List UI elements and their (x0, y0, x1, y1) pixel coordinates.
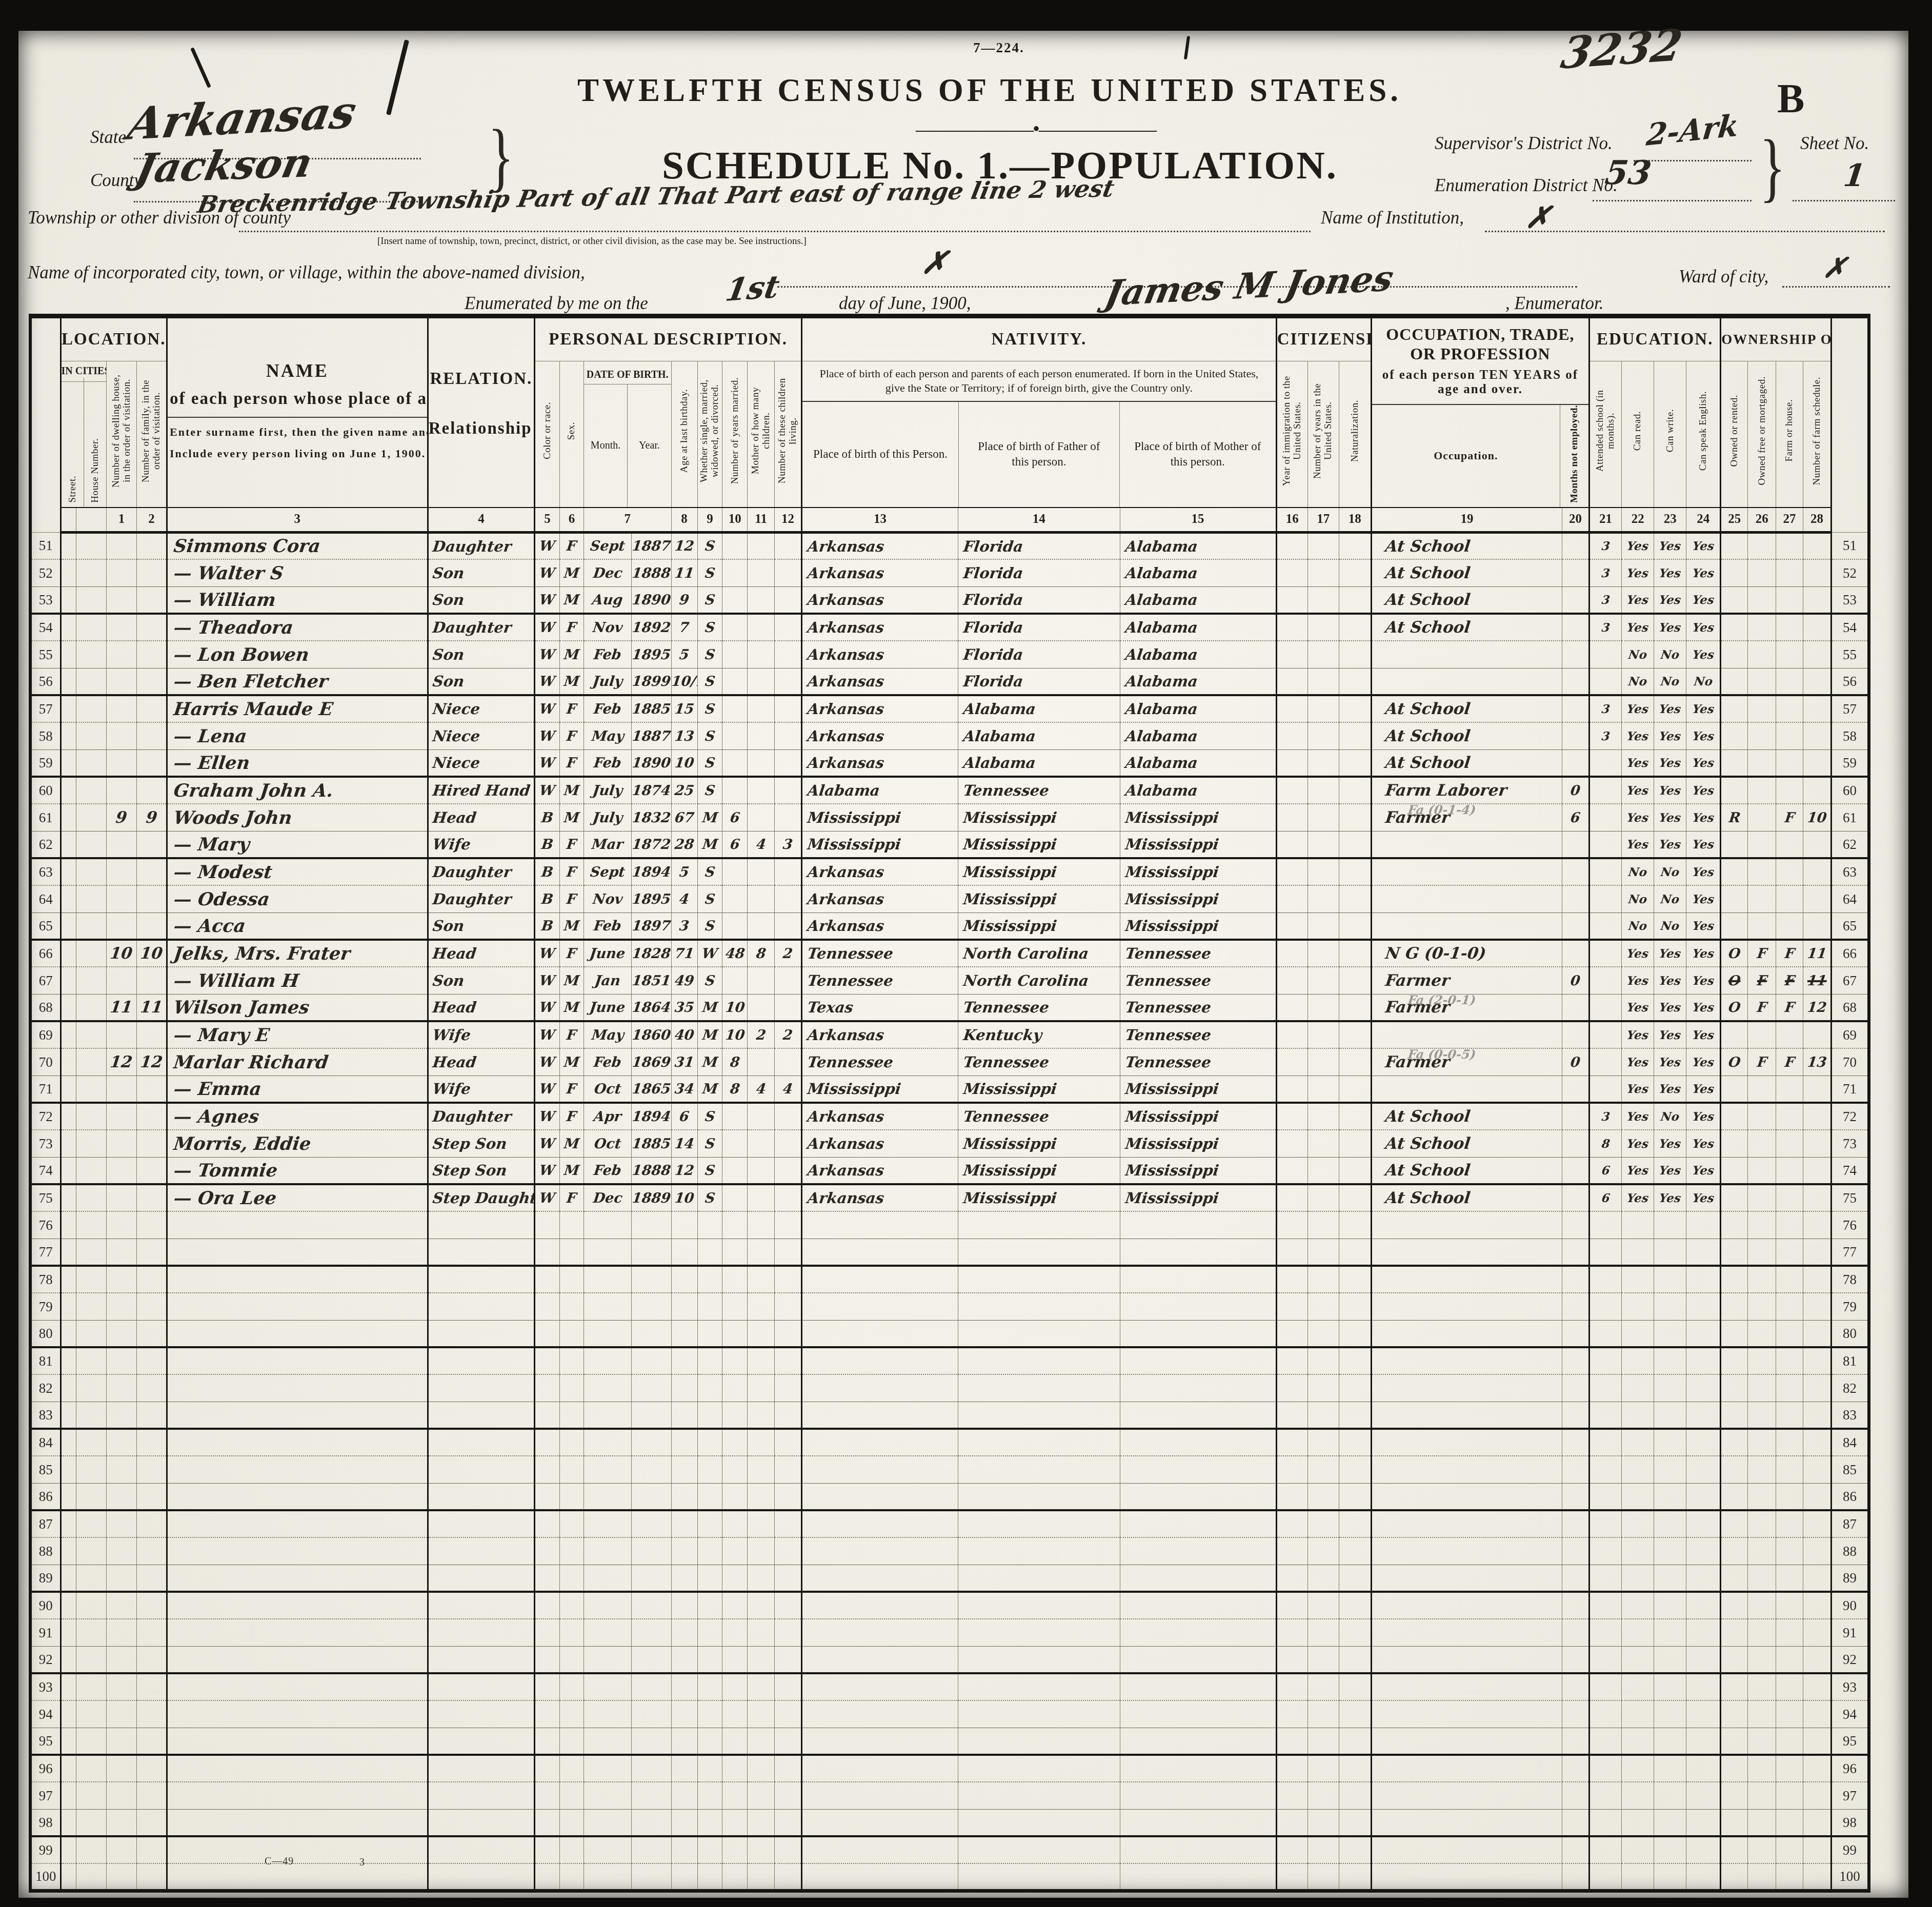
cell-immigration-year (1276, 994, 1307, 1021)
cell-dwelling-number (107, 586, 137, 614)
cell-street (61, 777, 76, 804)
cell-street (61, 586, 76, 614)
census-row: 100100 (30, 1863, 1869, 1891)
col-can-read: Can read. (1632, 411, 1643, 451)
row-number-left: 89 (30, 1565, 61, 1592)
cell-relation (428, 1483, 535, 1510)
group-ownership: OWNERSHIP OF HOME. (1721, 316, 1832, 361)
cell-birth-month (583, 1565, 632, 1592)
cell-can-write (1654, 1483, 1686, 1510)
cell-sex: F (560, 1184, 584, 1211)
cell-owned-or-rented (1721, 1374, 1748, 1402)
cell-months-not-employed (1562, 1537, 1589, 1565)
cell-birthplace-father: Tennessee (958, 1103, 1120, 1130)
cell-naturalization (1339, 532, 1371, 559)
cell-farm-or-house (1776, 1619, 1803, 1646)
cell-can-read (1622, 1320, 1654, 1347)
cell-can-speak-english: Yes (1686, 967, 1721, 994)
cell-street (61, 668, 76, 695)
row-number-right: 61 (1832, 804, 1869, 831)
cell-birth-year: 1887 (632, 722, 671, 749)
cell-birth-month: Feb (583, 1157, 632, 1184)
cell-mother-of-children (748, 912, 775, 940)
cell-owned-free-mortgaged (1748, 1809, 1776, 1836)
cell-can-read (1622, 1863, 1654, 1891)
cell-can-write: Yes (1654, 804, 1686, 831)
cell-months-not-employed (1562, 1157, 1589, 1184)
cell-farm-or-house (1776, 1293, 1803, 1320)
cell-owned-or-rented (1721, 1320, 1748, 1347)
cell-years-married (722, 1565, 748, 1592)
cell-mother-of-children (748, 1429, 775, 1456)
cell-street (61, 804, 76, 831)
cell-family-number (137, 1374, 167, 1402)
cell-birthplace-mother (1120, 1700, 1276, 1728)
cell-birth-year (632, 1239, 671, 1266)
cell-can-read: Yes (1622, 532, 1654, 559)
cell-children-living (775, 1456, 802, 1483)
cell-house-number (76, 586, 107, 614)
cell-birthplace-father (958, 1755, 1120, 1782)
cell-owned-or-rented (1721, 1863, 1748, 1891)
cell-birth-year: 1869 (632, 1048, 671, 1076)
cell-mother-of-children (748, 1755, 775, 1782)
cell-farm-schedule (1803, 722, 1832, 749)
cell-street (61, 1048, 76, 1076)
cell-owned-free-mortgaged (1748, 1456, 1776, 1483)
cell-farm-or-house (1776, 885, 1803, 912)
row-number-right: 73 (1832, 1130, 1869, 1157)
cell-immigration-year (1276, 1021, 1307, 1048)
group-location: LOCATION. (61, 316, 167, 361)
cell-immigration-year (1276, 1728, 1307, 1755)
cell-farm-or-house (1776, 1456, 1803, 1483)
column-number: 5 (535, 508, 560, 533)
cell-can-read (1622, 1565, 1654, 1592)
census-row: 8181 (30, 1347, 1869, 1374)
cell-street (61, 1157, 76, 1184)
cell-street (61, 831, 76, 858)
cell-owned-or-rented (1721, 1211, 1748, 1239)
cell-can-write: Yes (1654, 1157, 1686, 1184)
cell-sex (560, 1646, 584, 1673)
cell-years-married (722, 1755, 748, 1782)
cell-age: 49 (671, 967, 697, 994)
cell-children-living: 2 (775, 940, 802, 967)
census-row: 9999 (30, 1836, 1869, 1863)
row-number-left: 84 (30, 1429, 61, 1456)
row-number-left: 75 (30, 1184, 61, 1211)
cell-farm-schedule (1803, 1402, 1832, 1429)
cell-house-number (76, 1673, 107, 1700)
cell-years-married (722, 1510, 748, 1537)
cell-can-speak-english: Yes (1686, 1021, 1721, 1048)
cell-birth-month: Apr (583, 1103, 632, 1130)
column-number: 7 (583, 508, 671, 533)
cell-dwelling-number: 11 (107, 994, 137, 1021)
cell-owned-free-mortgaged (1748, 1483, 1776, 1510)
cell-sex: F (560, 1076, 584, 1103)
cell-farm-schedule (1803, 831, 1832, 858)
cell-immigration-year (1276, 614, 1307, 641)
cell-months-not-employed (1562, 614, 1589, 641)
cell-mother-of-children (748, 1537, 775, 1565)
cell-owned-free-mortgaged (1748, 1782, 1776, 1809)
cell-mother-of-children (748, 1809, 775, 1836)
cell-family-number (137, 1320, 167, 1347)
cell-can-write: Yes (1654, 1184, 1686, 1211)
cell-street (61, 1347, 76, 1374)
cell-months-not-employed (1562, 1782, 1589, 1809)
cell-children-living (775, 1157, 802, 1184)
cell-birth-month: May (583, 722, 632, 749)
cell-farm-or-house (1776, 722, 1803, 749)
cell-children-living (775, 885, 802, 912)
cell-name: Harris Maude E (167, 695, 428, 722)
cell-owned-free-mortgaged (1748, 1429, 1776, 1456)
cell-farm-schedule (1803, 858, 1832, 885)
cell-can-write (1654, 1320, 1686, 1347)
cell-family-number (137, 1266, 167, 1293)
cell-street (61, 858, 76, 885)
cell-marital-status (697, 1537, 722, 1565)
cell-name (167, 1320, 428, 1347)
cell-immigration-year (1276, 1184, 1307, 1211)
cell-farm-schedule (1803, 1863, 1832, 1891)
cell-marital-status: S (697, 614, 722, 641)
cell-children-living (775, 586, 802, 614)
cell-attended-school (1589, 1510, 1622, 1537)
cell-sex (560, 1809, 584, 1836)
cell-birth-month (583, 1646, 632, 1673)
cell-naturalization (1339, 1293, 1371, 1320)
cell-name: — Agnes (167, 1103, 428, 1130)
cell-birth-month: Nov (583, 614, 632, 641)
nativity-subheader: Place of birth of each person and parent… (802, 361, 1277, 508)
cell-birthplace-person (802, 1809, 958, 1836)
cell-age: 10/12 (671, 668, 697, 695)
row-number-right: 66 (1832, 940, 1869, 967)
cell-marital-status (697, 1863, 722, 1891)
cell-occupation (1371, 1347, 1562, 1374)
cell-children-living (775, 967, 802, 994)
cell-sex: M (560, 804, 584, 831)
row-number-right: 71 (1832, 1076, 1869, 1103)
cell-owned-or-rented: O (1721, 940, 1748, 967)
cell-color-race (535, 1863, 560, 1891)
cell-farm-schedule (1803, 1211, 1832, 1239)
cell-mother-of-children (748, 1728, 775, 1755)
cell-farm-or-house (1776, 695, 1803, 722)
cell-years-married (722, 641, 748, 668)
cell-street (61, 1592, 76, 1619)
cell-color-race: W (535, 994, 560, 1021)
cell-dwelling-number (107, 1728, 137, 1755)
cell-months-not-employed (1562, 1103, 1589, 1130)
cell-street (61, 1076, 76, 1103)
cell-sex: M (560, 1048, 584, 1076)
cell-street (61, 1429, 76, 1456)
cell-marital-status (697, 1483, 722, 1510)
cell-dwelling-number (107, 1619, 137, 1646)
cell-birthplace-person (802, 1728, 958, 1755)
cell-name (167, 1700, 428, 1728)
cell-house-number (76, 858, 107, 885)
row-number-left: 86 (30, 1483, 61, 1510)
cell-marital-status (697, 1565, 722, 1592)
cell-immigration-year (1276, 586, 1307, 614)
cell-farm-or-house (1776, 749, 1803, 777)
ward-underline (1782, 286, 1890, 288)
cell-years-in-us (1307, 586, 1339, 614)
cell-sex (560, 1537, 584, 1565)
cell-color-race (535, 1429, 560, 1456)
cell-birthplace-person (802, 1402, 958, 1429)
cell-months-not-employed (1562, 912, 1589, 940)
cell-name: Wilson James (167, 994, 428, 1021)
cell-family-number (137, 1402, 167, 1429)
cell-years-in-us (1307, 1402, 1339, 1429)
row-number-right: 62 (1832, 831, 1869, 858)
cell-immigration-year (1276, 1347, 1307, 1374)
cell-birthplace-father: North Carolina (958, 967, 1120, 994)
cell-owned-free-mortgaged (1748, 1863, 1776, 1891)
cell-can-read (1622, 1836, 1654, 1863)
cell-marital-status: M (697, 804, 722, 831)
cell-attended-school (1589, 1836, 1622, 1863)
cell-attended-school (1589, 1728, 1622, 1755)
cell-years-married (722, 1157, 748, 1184)
col-farm-or-house: Farm or house. (1784, 399, 1795, 462)
cell-months-not-employed (1562, 940, 1589, 967)
census-row: 8080 (30, 1320, 1869, 1347)
cell-age: 7 (671, 614, 697, 641)
cell-can-speak-english (1686, 1782, 1721, 1809)
cell-name: — Odessa (167, 885, 428, 912)
cell-months-not-employed (1562, 1184, 1589, 1211)
cell-birthplace-mother: Alabama (1120, 532, 1276, 559)
cell-children-living (775, 804, 802, 831)
cell-street (61, 885, 76, 912)
cell-years-married (722, 1347, 748, 1374)
cell-sex: F (560, 722, 584, 749)
cell-birthplace-mother: Alabama (1120, 695, 1276, 722)
cell-farm-or-house (1776, 1103, 1803, 1130)
cell-can-speak-english (1686, 1673, 1721, 1700)
cell-birth-month: Sept (583, 532, 632, 559)
cell-house-number (76, 1728, 107, 1755)
cell-farm-or-house (1776, 1809, 1803, 1836)
cell-family-number (137, 1863, 167, 1891)
cell-years-married (722, 1266, 748, 1293)
cell-owned-or-rented: R (1721, 804, 1748, 831)
row-number-right: 100 (1832, 1863, 1869, 1891)
cell-relation: Niece (428, 749, 535, 777)
cell-dwelling-number (107, 1429, 137, 1456)
row-number-left: 98 (30, 1809, 61, 1836)
cell-birth-year (632, 1863, 671, 1891)
row-number-right: 78 (1832, 1266, 1869, 1293)
cell-dwelling-number (107, 1836, 137, 1863)
cell-owned-or-rented (1721, 1728, 1748, 1755)
row-number-right: 65 (1832, 912, 1869, 940)
cell-immigration-year (1276, 1619, 1307, 1646)
cell-birthplace-mother: Alabama (1120, 559, 1276, 586)
cell-family-number (137, 1755, 167, 1782)
row-number-right: 80 (1832, 1320, 1869, 1347)
district-brace: } (1760, 123, 1785, 211)
cell-can-write: Yes (1654, 940, 1686, 967)
cell-birthplace-person: Mississippi (802, 1076, 958, 1103)
cell-birth-year (632, 1320, 671, 1347)
cell-marital-status (697, 1782, 722, 1809)
cell-can-read (1622, 1483, 1654, 1510)
cell-years-in-us (1307, 1755, 1339, 1782)
in-cities-header: IN CITIES. Street. House Number. (61, 361, 107, 508)
cell-mother-of-children: 4 (748, 831, 775, 858)
cell-birthplace-person (802, 1483, 958, 1510)
cell-attended-school (1589, 1429, 1622, 1456)
cell-farm-or-house (1776, 1700, 1803, 1728)
cell-years-in-us (1307, 994, 1339, 1021)
cell-street (61, 532, 76, 559)
cell-name (167, 1483, 428, 1510)
cell-age (671, 1673, 697, 1700)
cell-birthplace-mother: Mississippi (1120, 804, 1276, 831)
cell-naturalization (1339, 1755, 1371, 1782)
cell-owned-or-rented (1721, 695, 1748, 722)
census-row: 8484 (30, 1429, 1869, 1456)
cell-birth-month (583, 1429, 632, 1456)
cell-can-speak-english: Yes (1686, 1157, 1721, 1184)
cell-can-read (1622, 1456, 1654, 1483)
row-number-left: 58 (30, 722, 61, 749)
cell-owned-free-mortgaged (1748, 858, 1776, 885)
cell-can-read: Yes (1622, 1021, 1654, 1048)
township-value: Breckenridge Township Part of all That P… (195, 174, 1117, 218)
cell-birth-year (632, 1836, 671, 1863)
cell-mother-of-children: 2 (748, 1021, 775, 1048)
cell-relation: Step Son (428, 1130, 535, 1157)
cell-farm-or-house (1776, 1076, 1803, 1103)
col-can-write: Can write. (1665, 409, 1676, 452)
cell-family-number (137, 1293, 167, 1320)
cell-mother-of-children (748, 1456, 775, 1483)
cell-sex (560, 1863, 584, 1891)
row-number-right: 67 (1832, 967, 1869, 994)
cell-mother-of-children (748, 722, 775, 749)
cell-can-read: Yes (1622, 1048, 1654, 1076)
cell-house-number (76, 1021, 107, 1048)
cell-years-in-us (1307, 1048, 1339, 1076)
cell-relation (428, 1700, 535, 1728)
cell-can-read: Yes (1622, 831, 1654, 858)
cell-family-number (137, 1184, 167, 1211)
cell-sex (560, 1836, 584, 1863)
cell-marital-status (697, 1510, 722, 1537)
cell-children-living (775, 1755, 802, 1782)
cell-occupation (1371, 1646, 1562, 1673)
cell-family-number (137, 1809, 167, 1836)
cell-house-number (76, 1755, 107, 1782)
row-number-left: 100 (30, 1863, 61, 1891)
cell-attended-school (1589, 1619, 1622, 1646)
cell-age: 9 (671, 586, 697, 614)
col-sex: Sex. (566, 422, 577, 440)
cell-years-in-us (1307, 1239, 1339, 1266)
cell-years-married: 8 (722, 1076, 748, 1103)
cell-marital-status: S (697, 722, 722, 749)
cell-owned-or-rented (1721, 1483, 1748, 1510)
cell-occupation (1371, 831, 1562, 858)
cell-can-read: Yes (1622, 614, 1654, 641)
cell-months-not-employed (1562, 1130, 1589, 1157)
group-education: EDUCATION. (1589, 316, 1721, 361)
cell-family-number (137, 1836, 167, 1863)
census-row: 8585 (30, 1456, 1869, 1483)
cell-immigration-year (1276, 559, 1307, 586)
cell-occupation (1371, 1863, 1562, 1891)
cell-house-number (76, 1619, 107, 1646)
cell-attended-school (1589, 1374, 1622, 1402)
cell-years-in-us (1307, 1510, 1339, 1537)
cell-can-write: Yes (1654, 1076, 1686, 1103)
cell-can-write (1654, 1374, 1686, 1402)
row-number-left: 93 (30, 1673, 61, 1700)
cell-color-race: W (535, 722, 560, 749)
cell-owned-or-rented (1721, 1809, 1748, 1836)
cell-children-living (775, 1293, 802, 1320)
cell-birthplace-father (958, 1700, 1120, 1728)
cell-marital-status: M (697, 1048, 722, 1076)
cell-birthplace-father (958, 1347, 1120, 1374)
cell-color-race: W (535, 940, 560, 967)
cell-color-race: W (535, 1103, 560, 1130)
cell-years-married (722, 1809, 748, 1836)
cell-can-write (1654, 1809, 1686, 1836)
cell-can-speak-english: Yes (1686, 559, 1721, 586)
census-row: 67— William HSonWMJan185149STennesseeNor… (30, 967, 1869, 994)
cell-months-not-employed (1562, 532, 1589, 559)
cell-farm-schedule (1803, 1782, 1832, 1809)
cell-street (61, 1211, 76, 1239)
cell-family-number (137, 885, 167, 912)
cell-age: 67 (671, 804, 697, 831)
cell-can-write: No (1654, 668, 1686, 695)
cell-birth-month (583, 1320, 632, 1347)
cell-name (167, 1673, 428, 1700)
cell-house-number (76, 695, 107, 722)
cell-years-in-us (1307, 749, 1339, 777)
cell-street (61, 1374, 76, 1402)
cell-owned-free-mortgaged (1748, 1673, 1776, 1700)
cell-owned-or-rented (1721, 1782, 1748, 1809)
cell-attended-school (1589, 1700, 1622, 1728)
cell-farm-or-house (1776, 668, 1803, 695)
cell-sex: M (560, 912, 584, 940)
cell-name (167, 1456, 428, 1483)
cell-birth-year: 1895 (632, 885, 671, 912)
cell-color-race: B (535, 885, 560, 912)
cell-can-write (1654, 1728, 1686, 1755)
cell-naturalization (1339, 804, 1371, 831)
cell-occupation: At School (1371, 722, 1562, 749)
cell-occupation (1371, 1537, 1562, 1565)
cell-house-number (76, 1483, 107, 1510)
cell-dwelling-number (107, 1374, 137, 1402)
cell-immigration-year (1276, 1700, 1307, 1728)
cell-farm-schedule (1803, 1347, 1832, 1374)
